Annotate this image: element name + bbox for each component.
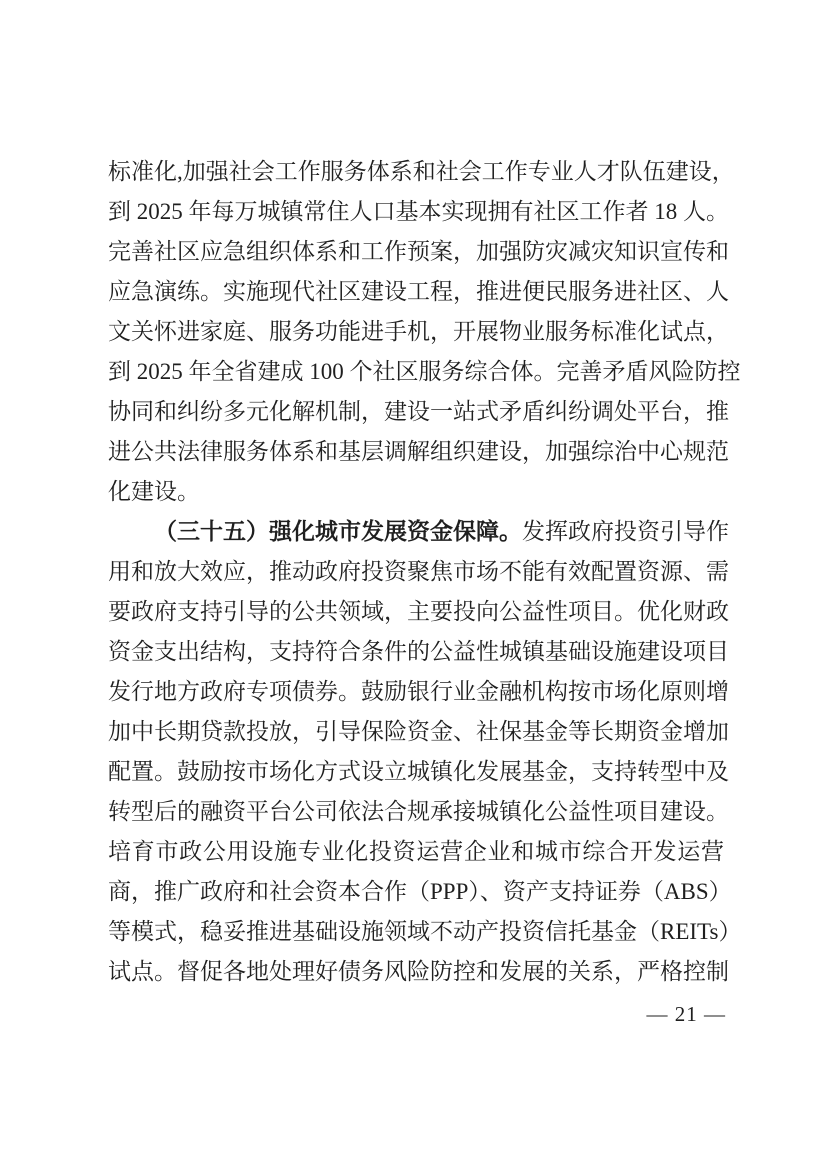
text-line: 要政府支持引导的公共领域，主要投向公益性项目。优化财政 bbox=[108, 592, 724, 632]
document-body: 标准化,加强社会工作服务体系和社会工作专业人才队伍建设， 到 2025 年每万城… bbox=[108, 152, 724, 992]
page-number: — 21 — bbox=[647, 1002, 727, 1027]
text-line: 协同和纠纷多元化解机制，建设一站式矛盾纠纷调处平台，推 bbox=[108, 392, 724, 432]
text-line: 到 2025 年每万城镇常住人口基本实现拥有社区工作者 18 人。 bbox=[108, 192, 724, 232]
text-line: 配置。鼓励按市场化方式设立城镇化发展基金，支持转型中及 bbox=[108, 752, 724, 792]
text-line: 完善社区应急组织体系和工作预案，加强防灾减灾知识宣传和 bbox=[108, 232, 724, 272]
text-line: 到 2025 年全省建成 100 个社区服务综合体。完善矛盾风险防控 bbox=[108, 352, 724, 392]
text-line: 试点。督促各地处理好债务风险防控和发展的关系，严格控制 bbox=[108, 952, 724, 992]
text-line: 发行地方政府专项债券。鼓励银行业金融机构按市场化原则增 bbox=[108, 672, 724, 712]
text-line: 化建设。 bbox=[108, 472, 724, 512]
paragraph-section-35-funding: （三十五）强化城市发展资金保障。发挥政府投资引导作 用和放大效应，推动政府投资聚… bbox=[108, 512, 724, 992]
document-page: 标准化,加强社会工作服务体系和社会工作专业人才队伍建设， 到 2025 年每万城… bbox=[0, 0, 826, 1169]
text-line: 标准化,加强社会工作服务体系和社会工作专业人才队伍建设， bbox=[108, 152, 724, 192]
text-line: 用和放大效应，推动政府投资聚焦市场不能有效配置资源、需 bbox=[108, 552, 724, 592]
section-heading: （三十五）强化城市发展资金保障。 bbox=[154, 519, 522, 544]
text-line: 加中长期贷款投放，引导保险资金、社保基金等长期资金增加 bbox=[108, 712, 724, 752]
text-line: 进公共法律服务体系和基层调解组织建设，加强综治中心规范 bbox=[108, 432, 724, 472]
text-line: 等模式，稳妥推进基础设施领域不动产投资信托基金（REITs） bbox=[108, 912, 724, 952]
heading-continuation-text: 发挥政府投资引导作 bbox=[522, 519, 729, 544]
section-heading-line: （三十五）强化城市发展资金保障。发挥政府投资引导作 bbox=[108, 512, 724, 552]
text-line: 培育市政公用设施专业化投资运营企业和城市综合开发运营 bbox=[108, 832, 724, 872]
text-line: 应急演练。实施现代社区建设工程，推进便民服务进社区、人 bbox=[108, 272, 724, 312]
paragraph-community-services: 标准化,加强社会工作服务体系和社会工作专业人才队伍建设， 到 2025 年每万城… bbox=[108, 152, 724, 512]
text-line: 商，推广政府和社会资本合作（PPP）、资产支持证券（ABS） bbox=[108, 872, 724, 912]
text-line: 资金支出结构，支持符合条件的公益性城镇基础设施建设项目 bbox=[108, 632, 724, 672]
text-line: 文关怀进家庭、服务功能进手机，开展物业服务标准化试点， bbox=[108, 312, 724, 352]
text-line: 转型后的融资平台公司依法合规承接城镇化公益性项目建设。 bbox=[108, 792, 724, 832]
